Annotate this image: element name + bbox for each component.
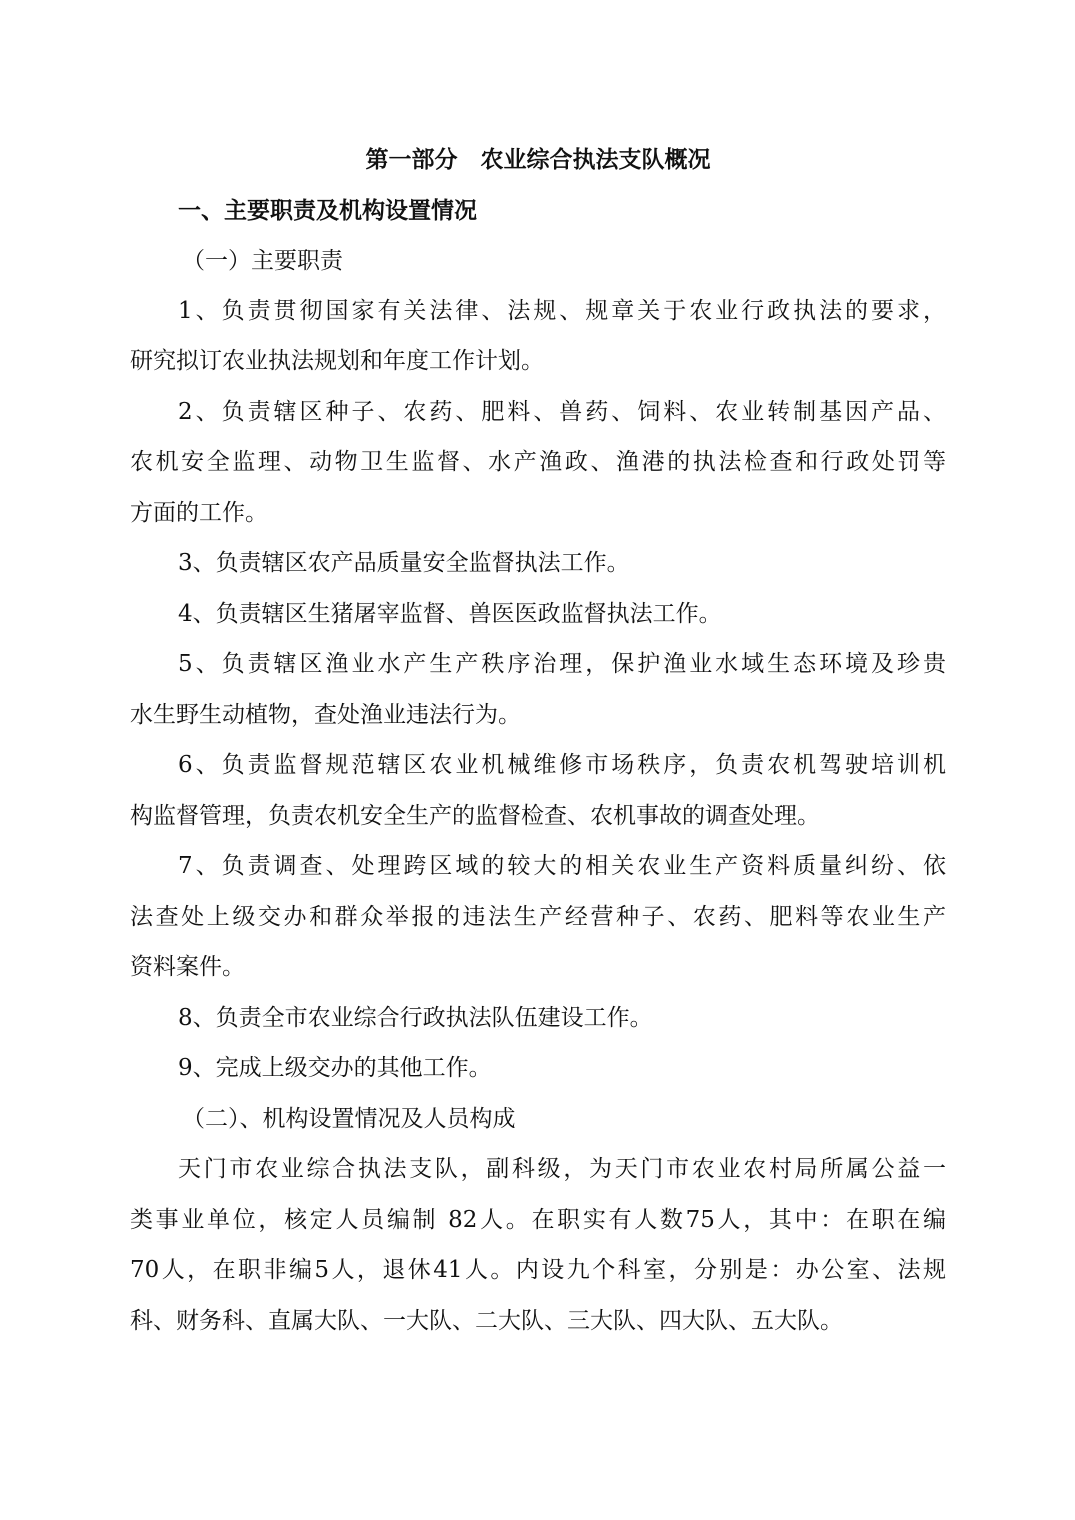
- duty-7-line-1: 7、负责调查、处理跨区域的较大的相关农业生产资料质量纠纷、依: [178, 851, 946, 881]
- subsection-heading-duties: （一）主要职责: [182, 246, 343, 276]
- duty-7-line-2: 法查处上级交办和群众举报的违法生产经营种子、农药、肥料等农业生产: [130, 902, 946, 932]
- document-title: 第一部分 农业综合执法支队概况: [130, 145, 946, 175]
- org-paragraph-line-3: 70人，在职非编5人，退休41人。内设九个科室，分别是：办公室、法规: [130, 1255, 946, 1285]
- duty-5-line-2: 水生野生动植物，查处渔业违法行为。: [130, 700, 946, 730]
- org-paragraph-line-1: 天门市农业综合执法支队，副科级，为天门市农业农村局所属公益一: [178, 1154, 946, 1184]
- duty-5-line-1: 5、负责辖区渔业水产生产秩序治理，保护渔业水域生态环境及珍贵: [178, 649, 946, 679]
- duty-4-line-1: 4、负责辖区生猪屠宰监督、兽医医政监督执法工作。: [178, 599, 946, 629]
- duty-2-line-3: 方面的工作。: [130, 498, 946, 528]
- duty-2-line-2: 农机安全监理、动物卫生监督、水产渔政、渔港的执法检查和行政处罚等: [130, 447, 946, 477]
- duty-9-line-1: 9、完成上级交办的其他工作。: [178, 1053, 946, 1083]
- duty-7-line-3: 资料案件。: [130, 952, 946, 982]
- subsection-heading-organization: （二）、机构设置情况及人员构成: [182, 1104, 516, 1134]
- section-heading: 一、主要职责及机构设置情况: [178, 196, 477, 226]
- duty-2-line-1: 2、负责辖区种子、农药、肥料、兽药、饲料、农业转制基因产品、: [178, 397, 946, 427]
- duty-6-line-1: 6、负责监督规范辖区农业机械维修市场秩序，负责农机驾驶培训机: [178, 750, 946, 780]
- duty-1-line-1: 1、负责贯彻国家有关法律、法规、规章关于农业行政执法的要求，: [178, 296, 946, 326]
- duty-6-line-2: 构监督管理，负责农机安全生产的监督检查、农机事故的调查处理。: [130, 801, 946, 831]
- org-paragraph-line-2: 类事业单位，核定人员编制 82人。在职实有人数75人，其中：在职在编: [130, 1205, 946, 1235]
- duty-1-line-2: 研究拟订农业执法规划和年度工作计划。: [130, 346, 946, 376]
- duty-8-line-1: 8、负责全市农业综合行政执法队伍建设工作。: [178, 1003, 946, 1033]
- org-paragraph-line-4: 科、财务科、直属大队、一大队、二大队、三大队、四大队、五大队。: [130, 1306, 946, 1336]
- duty-3-line-1: 3、负责辖区农产品质量安全监督执法工作。: [178, 548, 946, 578]
